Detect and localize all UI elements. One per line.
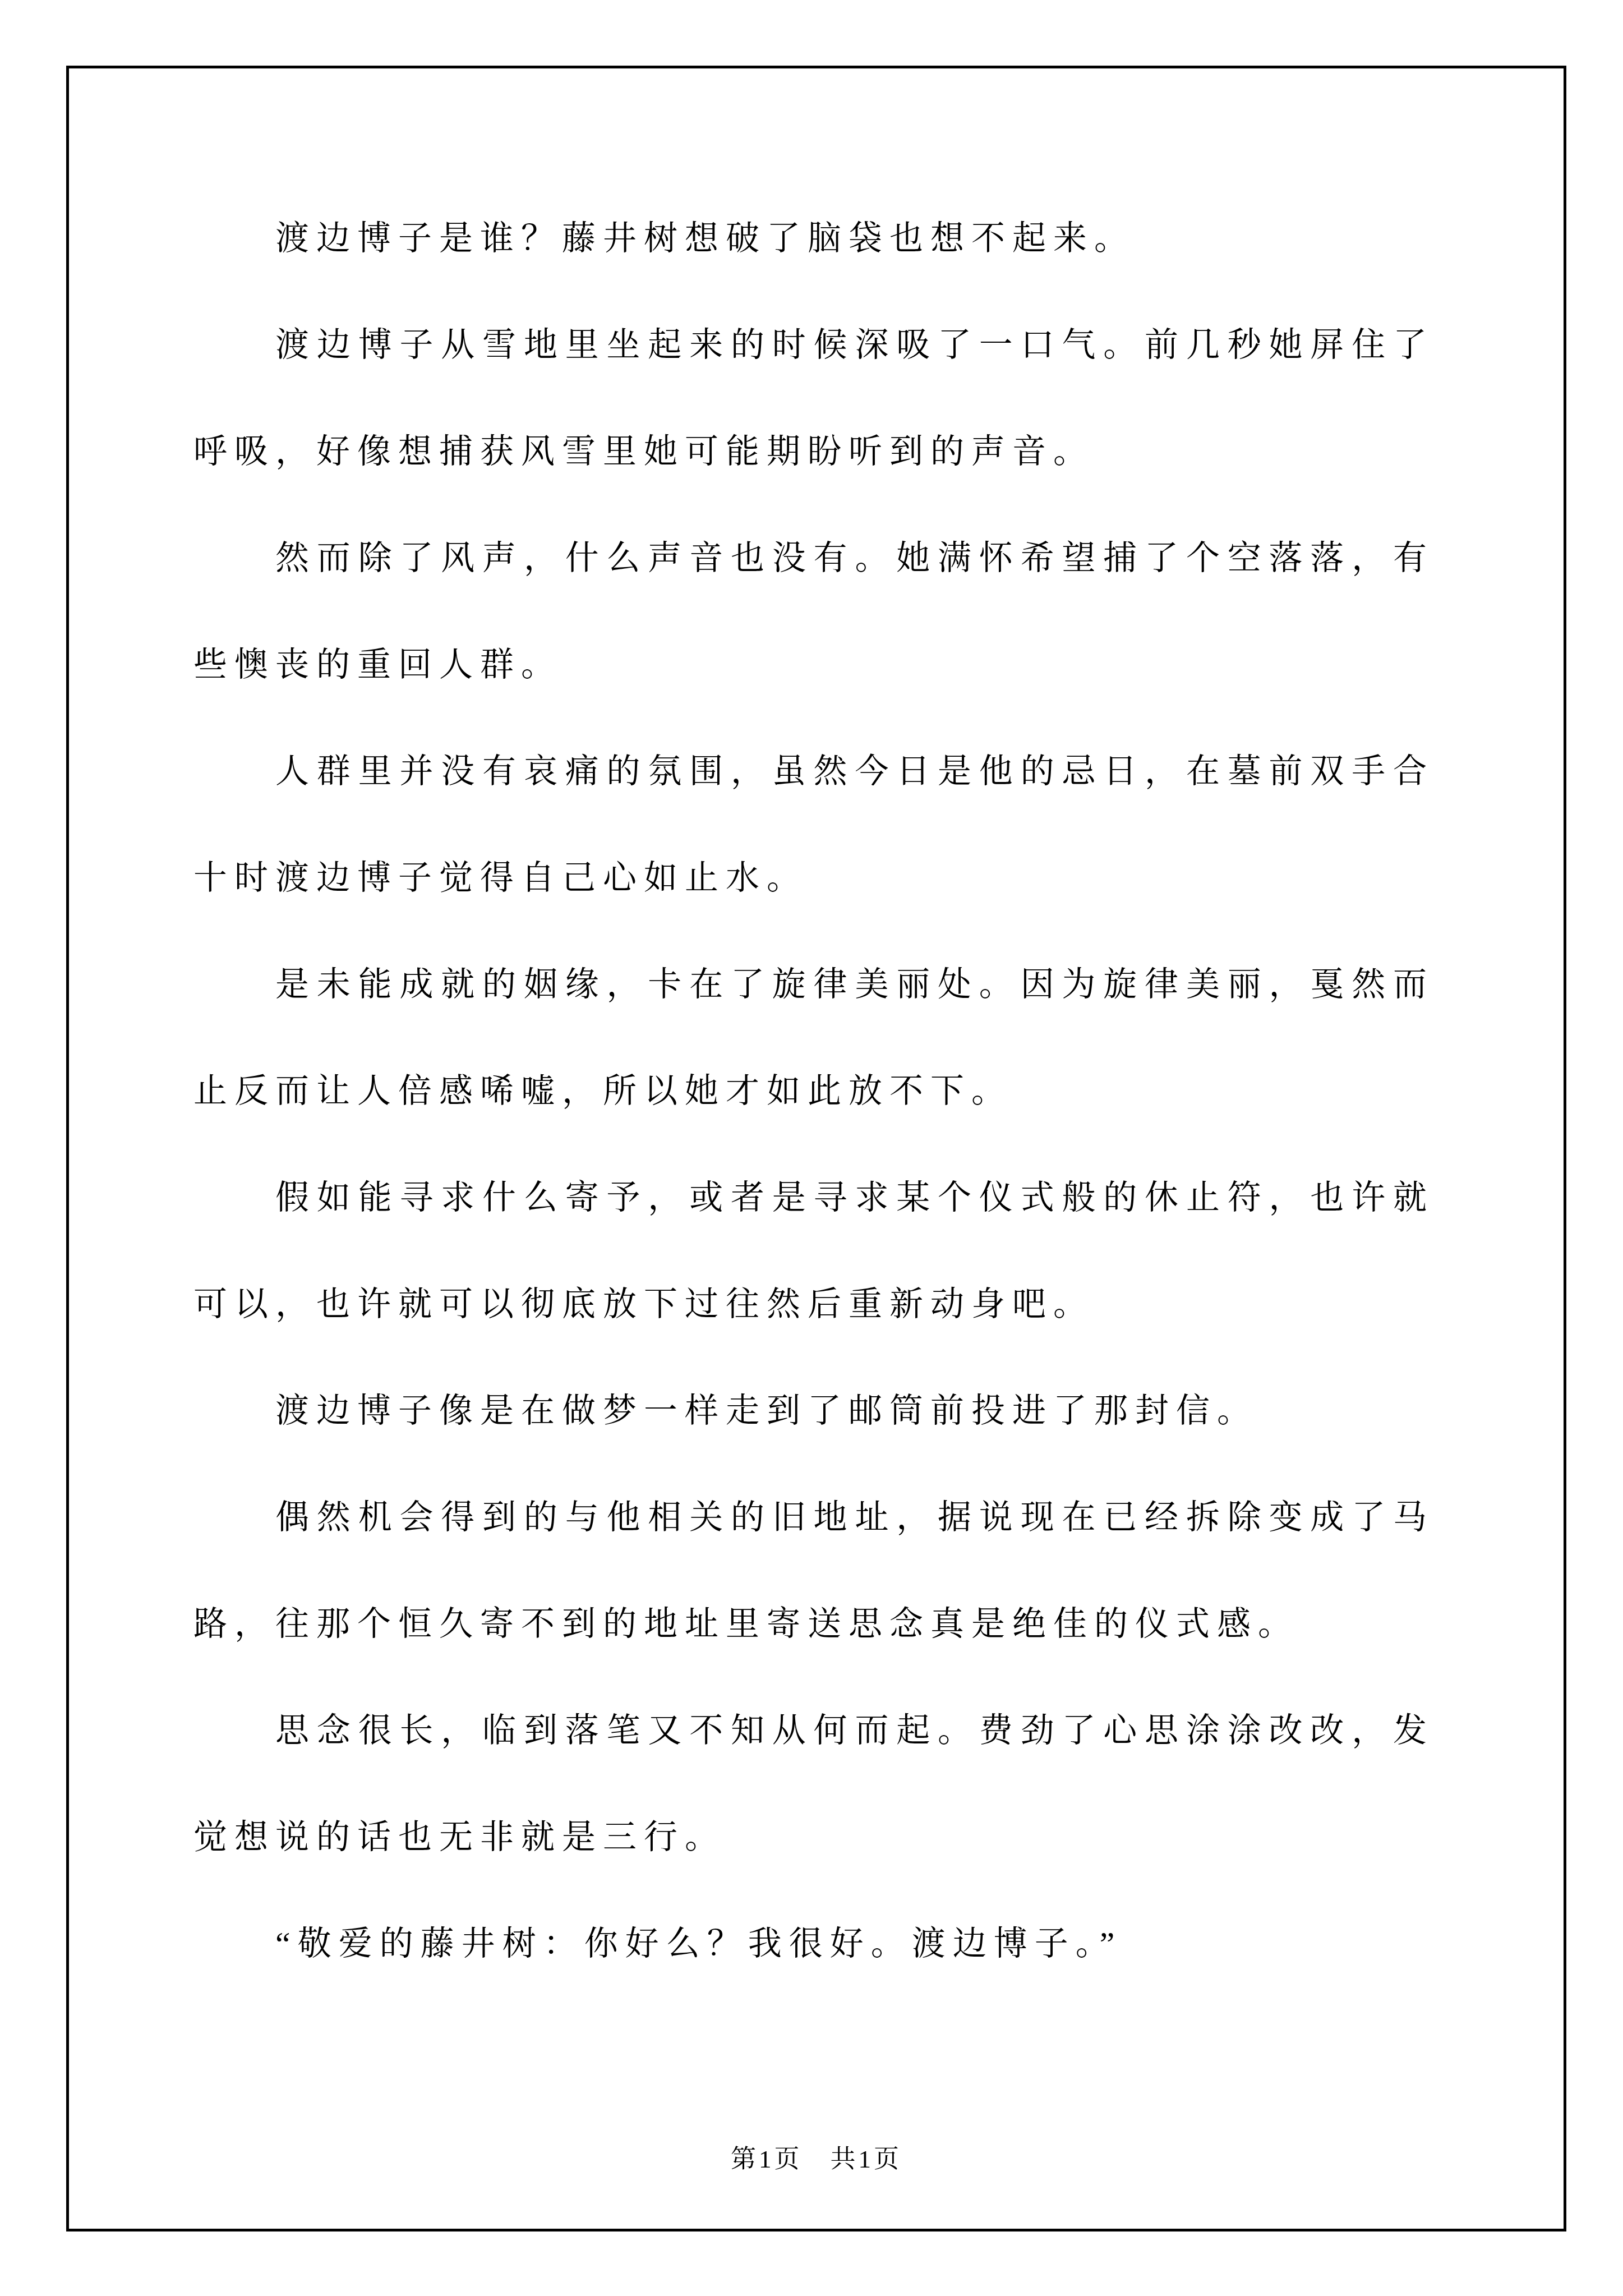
paragraph: “敬爱的藤井树：你好么？我很好。渡边博子。”: [193, 1890, 1434, 1997]
paragraph: 假如能寻求什么寄予，或者是寻求某个仪式般的休止符，也许就可以，也许就可以彻底放下…: [193, 1144, 1434, 1358]
paragraph: 思念很长，临到落笔又不知从何而起。费劲了心思涂涂改改，发觉想说的话也无非就是三行…: [193, 1677, 1434, 1890]
paragraph: 是未能成就的姻缘，卡在了旋律美丽处。因为旋律美丽，戛然而止反而让人倍感唏嘘，所以…: [193, 931, 1434, 1144]
paragraph: 渡边博子是谁？藤井树想破了脑袋也想不起来。: [193, 185, 1434, 292]
paragraph: 人群里并没有哀痛的氛围，虽然今日是他的忌日，在墓前双手合十时渡边博子觉得自己心如…: [193, 718, 1434, 931]
document-page: 渡边博子是谁？藤井树想破了脑袋也想不起来。渡边博子从雪地里坐起来的时候深吸了一口…: [0, 0, 1623, 2296]
document-body: 渡边博子是谁？藤井树想破了脑袋也想不起来。渡边博子从雪地里坐起来的时候深吸了一口…: [193, 185, 1434, 1997]
paragraph: 渡边博子从雪地里坐起来的时候深吸了一口气。前几秒她屏住了呼吸，好像想捕获风雪里她…: [193, 292, 1434, 505]
paragraph: 偶然机会得到的与他相关的旧地址，据说现在已经拆除变成了马路，往那个恒久寄不到的地…: [193, 1464, 1434, 1677]
page-number-label: 第1页 共1页: [731, 2145, 902, 2173]
paragraph: 渡边博子像是在做梦一样走到了邮筒前投进了那封信。: [193, 1358, 1434, 1464]
page-footer: 第1页 共1页: [66, 2138, 1566, 2175]
paragraph: 然而除了风声，什么声音也没有。她满怀希望捕了个空落落，有些懊丧的重回人群。: [193, 505, 1434, 718]
